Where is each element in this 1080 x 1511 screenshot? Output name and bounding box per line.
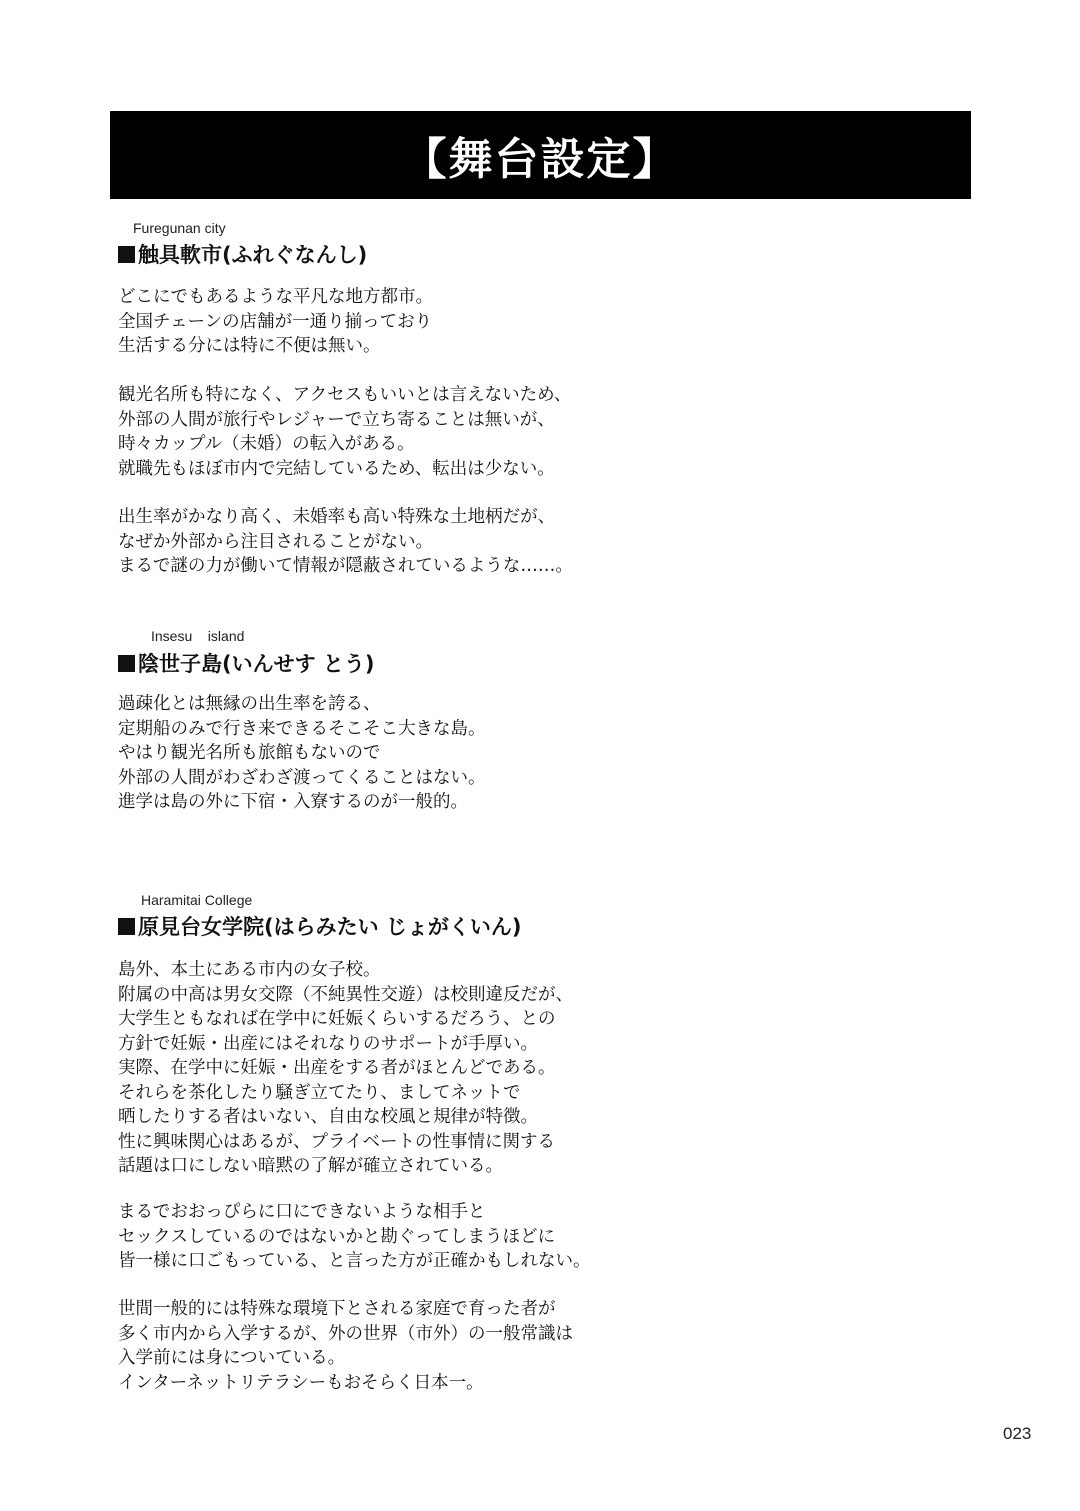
text-line: セックスしているのではないかと勘ぐってしまうほどに (118, 1225, 591, 1250)
page-number: 023 (1003, 1424, 1031, 1444)
text-line: 多く市内から入学するが、外の世界（市外）の一般常識は (118, 1322, 573, 1347)
section-heading: 原見台女学院(はらみたい じょがくいん) (118, 911, 522, 941)
text-line: 時々カップル（未婚）の転入がある。 (118, 432, 571, 457)
section-heading-text: 陰世子島(いんせす とう) (138, 652, 375, 676)
text-line: 島外、本土にある市内の女子校。 (118, 958, 573, 983)
paragraph: どこにでもあるような平凡な地方都市。 全国チェーンの店舗が一通り揃っており 生活… (118, 285, 433, 359)
section-romaji: Haramitai College (141, 892, 252, 908)
text-line: それらを茶化したり騒ぎ立てたり、ましてネットで (118, 1081, 573, 1106)
text-line: 外部の人間が旅行やレジャーで立ち寄ることは無いが、 (118, 408, 571, 433)
text-line: 入学前には身についている。 (118, 1346, 573, 1371)
square-bullet-icon (118, 246, 135, 263)
paragraph: 世間一般的には特殊な環境下とされる家庭で育った者が 多く市内から入学するが、外の… (118, 1297, 573, 1395)
square-bullet-icon (118, 918, 135, 935)
text-line: 全国チェーンの店舗が一通り揃っており (118, 310, 433, 335)
text-line: 世間一般的には特殊な環境下とされる家庭で育った者が (118, 1297, 573, 1322)
text-line: 就職先もほぼ市内で完結しているため、転出は少ない。 (118, 457, 571, 482)
section-romaji: Insesu island (151, 628, 244, 644)
text-line: 実際、在学中に妊娠・出産をする者がほとんどである。 (118, 1056, 573, 1081)
text-line: 性に興味関心はあるが、プライベートの性事情に関する (118, 1130, 573, 1155)
square-bullet-icon (118, 655, 135, 672)
text-line: 外部の人間がわざわざ渡ってくることはない。 (118, 766, 486, 791)
section-heading-text: 触具軟市(ふれぐなんし) (138, 243, 367, 267)
title-banner: 【舞台設定】 (110, 111, 971, 199)
text-line: 大学生ともなれば在学中に妊娠くらいするだろう、との (118, 1007, 573, 1032)
text-line: 定期船のみで行き来できるそこそこ大きな島。 (118, 717, 486, 742)
text-line: なぜか外部から注目されることがない。 (118, 530, 573, 555)
paragraph: まるでおおっぴらに口にできないような相手と セックスしているのではないかと勘ぐっ… (118, 1200, 591, 1274)
text-line: やはり観光名所も旅館もないので (118, 741, 486, 766)
text-line: 観光名所も特になく、アクセスもいいとは言えないため、 (118, 383, 571, 408)
text-line: 過疎化とは無縁の出生率を誇る、 (118, 692, 486, 717)
paragraph: 過疎化とは無縁の出生率を誇る、 定期船のみで行き来できるそこそこ大きな島。 やは… (118, 692, 486, 815)
paragraph: 観光名所も特になく、アクセスもいいとは言えないため、 外部の人間が旅行やレジャー… (118, 383, 571, 481)
page-title: 【舞台設定】 (403, 123, 679, 187)
section-heading: 触具軟市(ふれぐなんし) (118, 239, 367, 269)
text-line: 晒したりする者はいない、自由な校風と規律が特徴。 (118, 1105, 573, 1130)
paragraph: 出生率がかなり高く、未婚率も高い特殊な土地柄だが、 なぜか外部から注目されること… (118, 505, 573, 579)
section-heading-text: 原見台女学院(はらみたい じょがくいん) (138, 915, 522, 939)
text-line: どこにでもあるような平凡な地方都市。 (118, 285, 433, 310)
section-heading: 陰世子島(いんせす とう) (118, 648, 375, 678)
text-line: 話題は口にしない暗黙の了解が確立されている。 (118, 1154, 573, 1179)
text-line: インターネットリテラシーもおそらく日本一。 (118, 1371, 573, 1396)
text-line: 生活する分には特に不便は無い。 (118, 334, 433, 359)
text-line: 進学は島の外に下宿・入寮するのが一般的。 (118, 790, 486, 815)
text-line: 皆一様に口ごもっている、と言った方が正確かもしれない。 (118, 1249, 591, 1274)
text-line: まるでおおっぴらに口にできないような相手と (118, 1200, 591, 1225)
text-line: 出生率がかなり高く、未婚率も高い特殊な土地柄だが、 (118, 505, 573, 530)
paragraph: 島外、本土にある市内の女子校。 附属の中高は男女交際（不純異性交遊）は校則違反だ… (118, 958, 573, 1179)
text-line: まるで謎の力が働いて情報が隠蔽されているような……。 (118, 554, 573, 579)
text-line: 附属の中高は男女交際（不純異性交遊）は校則違反だが、 (118, 983, 573, 1008)
text-line: 方針で妊娠・出産にはそれなりのサポートが手厚い。 (118, 1032, 573, 1057)
section-romaji: Furegunan city (133, 220, 226, 236)
